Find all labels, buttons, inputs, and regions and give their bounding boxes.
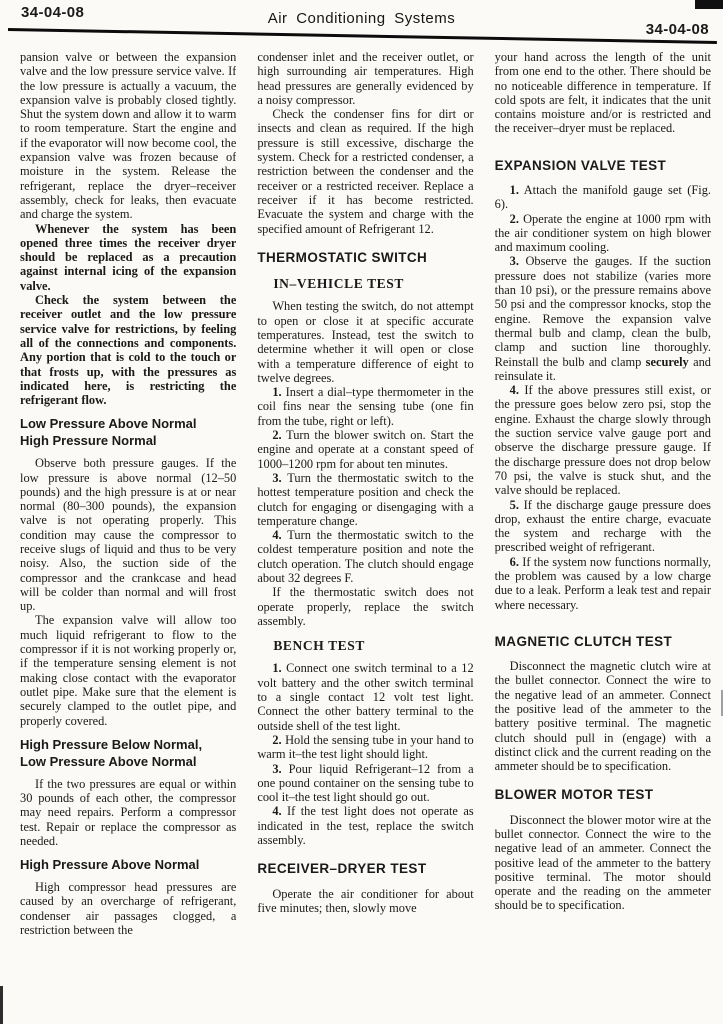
column-2: condenser inlet and the receiver outlet,…	[257, 50, 473, 1024]
paragraph: 1. Insert a dial–type thermometer in the…	[257, 385, 473, 428]
paragraph: 6. If the system now functions normally,…	[495, 555, 711, 612]
paragraph: Whenever the system has been opened thre…	[20, 222, 236, 293]
heading-thermostatic-switch: THERMOSTATIC SWITCH	[257, 250, 473, 266]
paragraph: Check the condenser fins for dirt or ins…	[257, 107, 473, 236]
paragraph: 1. Connect one switch terminal to a 12 v…	[257, 661, 473, 732]
paragraph: condenser inlet and the receiver outlet,…	[257, 50, 473, 107]
page-number-right: 34-04-08	[646, 21, 709, 38]
paragraph: 2. Turn the blower switch on. Start the …	[257, 428, 473, 471]
column-3: your hand across the length of the unit …	[495, 50, 711, 1024]
paragraph: If the two pressures are equal or within…	[20, 777, 236, 848]
paragraph: pansion valve or between the expansion v…	[20, 50, 236, 222]
heading-in-vehicle-test: IN–VEHICLE TEST	[257, 277, 473, 291]
paragraph: 5. If the discharge gauge pressure does …	[495, 498, 711, 555]
heading-expansion-valve-test: EXPANSION VALVE TEST	[495, 158, 711, 174]
manual-page: 34-04-08 Air Conditioning Systems 34-04-…	[0, 0, 723, 1024]
heading-magnetic-clutch-test: MAGNETIC CLUTCH TEST	[495, 634, 711, 650]
paragraph: Disconnect the magnetic clutch wire at t…	[495, 659, 711, 773]
paragraph: Check the system between the receiver ou…	[20, 293, 236, 407]
paragraph: Disconnect the blower motor wire at the …	[495, 813, 711, 913]
paragraph: High compressor head pressures are cause…	[20, 880, 236, 937]
page-title: Air Conditioning Systems	[0, 10, 723, 27]
heading-blower-motor-test: BLOWER MOTOR TEST	[495, 787, 711, 803]
paragraph: 3. Observe the gauges. If the suction pr…	[495, 254, 711, 383]
paragraph: Observe both pressure gauges. If the low…	[20, 456, 236, 613]
heading-high-pressure-above-normal: High Pressure Above Normal	[20, 857, 236, 874]
paragraph: 2. Hold the sensing tube in your hand to…	[257, 733, 473, 762]
scan-artifact-top-right	[695, 0, 723, 9]
paragraph: The expansion valve will allow too much …	[20, 613, 236, 727]
scan-artifact-bottom-left	[0, 986, 3, 1024]
paragraph: When testing the switch, do not attempt …	[257, 299, 473, 385]
paragraph: 3. Turn the thermostatic switch to the h…	[257, 471, 473, 528]
paragraph: 2. Operate the engine at 1000 rpm with t…	[495, 212, 711, 255]
text-columns: pansion valve or between the expansion v…	[20, 50, 711, 1024]
paragraph: 4. If the above pressures still exist, o…	[495, 383, 711, 497]
paragraph: 4. If the test light does not operate as…	[257, 804, 473, 847]
paragraph: 4. Turn the thermostatic switch to the c…	[257, 528, 473, 585]
column-1: pansion valve or between the expansion v…	[20, 50, 236, 1024]
paragraph: your hand across the length of the unit …	[495, 50, 711, 136]
paragraph: 3. Pour liquid Refrigerant–12 from a one…	[257, 762, 473, 805]
paragraph: Operate the air conditioner for about fi…	[257, 887, 473, 916]
paragraph: 1. Attach the manifold gauge set (Fig. 6…	[495, 183, 711, 212]
heading-high-pressure-below-normal: High Pressure Below Normal, Low Pressure…	[20, 737, 236, 771]
heading-bench-test: BENCH TEST	[257, 639, 473, 653]
heading-low-pressure-above-normal: Low Pressure Above Normal High Pressure …	[20, 416, 236, 450]
paragraph: If the thermostatic switch does not oper…	[257, 585, 473, 628]
heading-receiver-dryer-test: RECEIVER–DRYER TEST	[257, 861, 473, 877]
